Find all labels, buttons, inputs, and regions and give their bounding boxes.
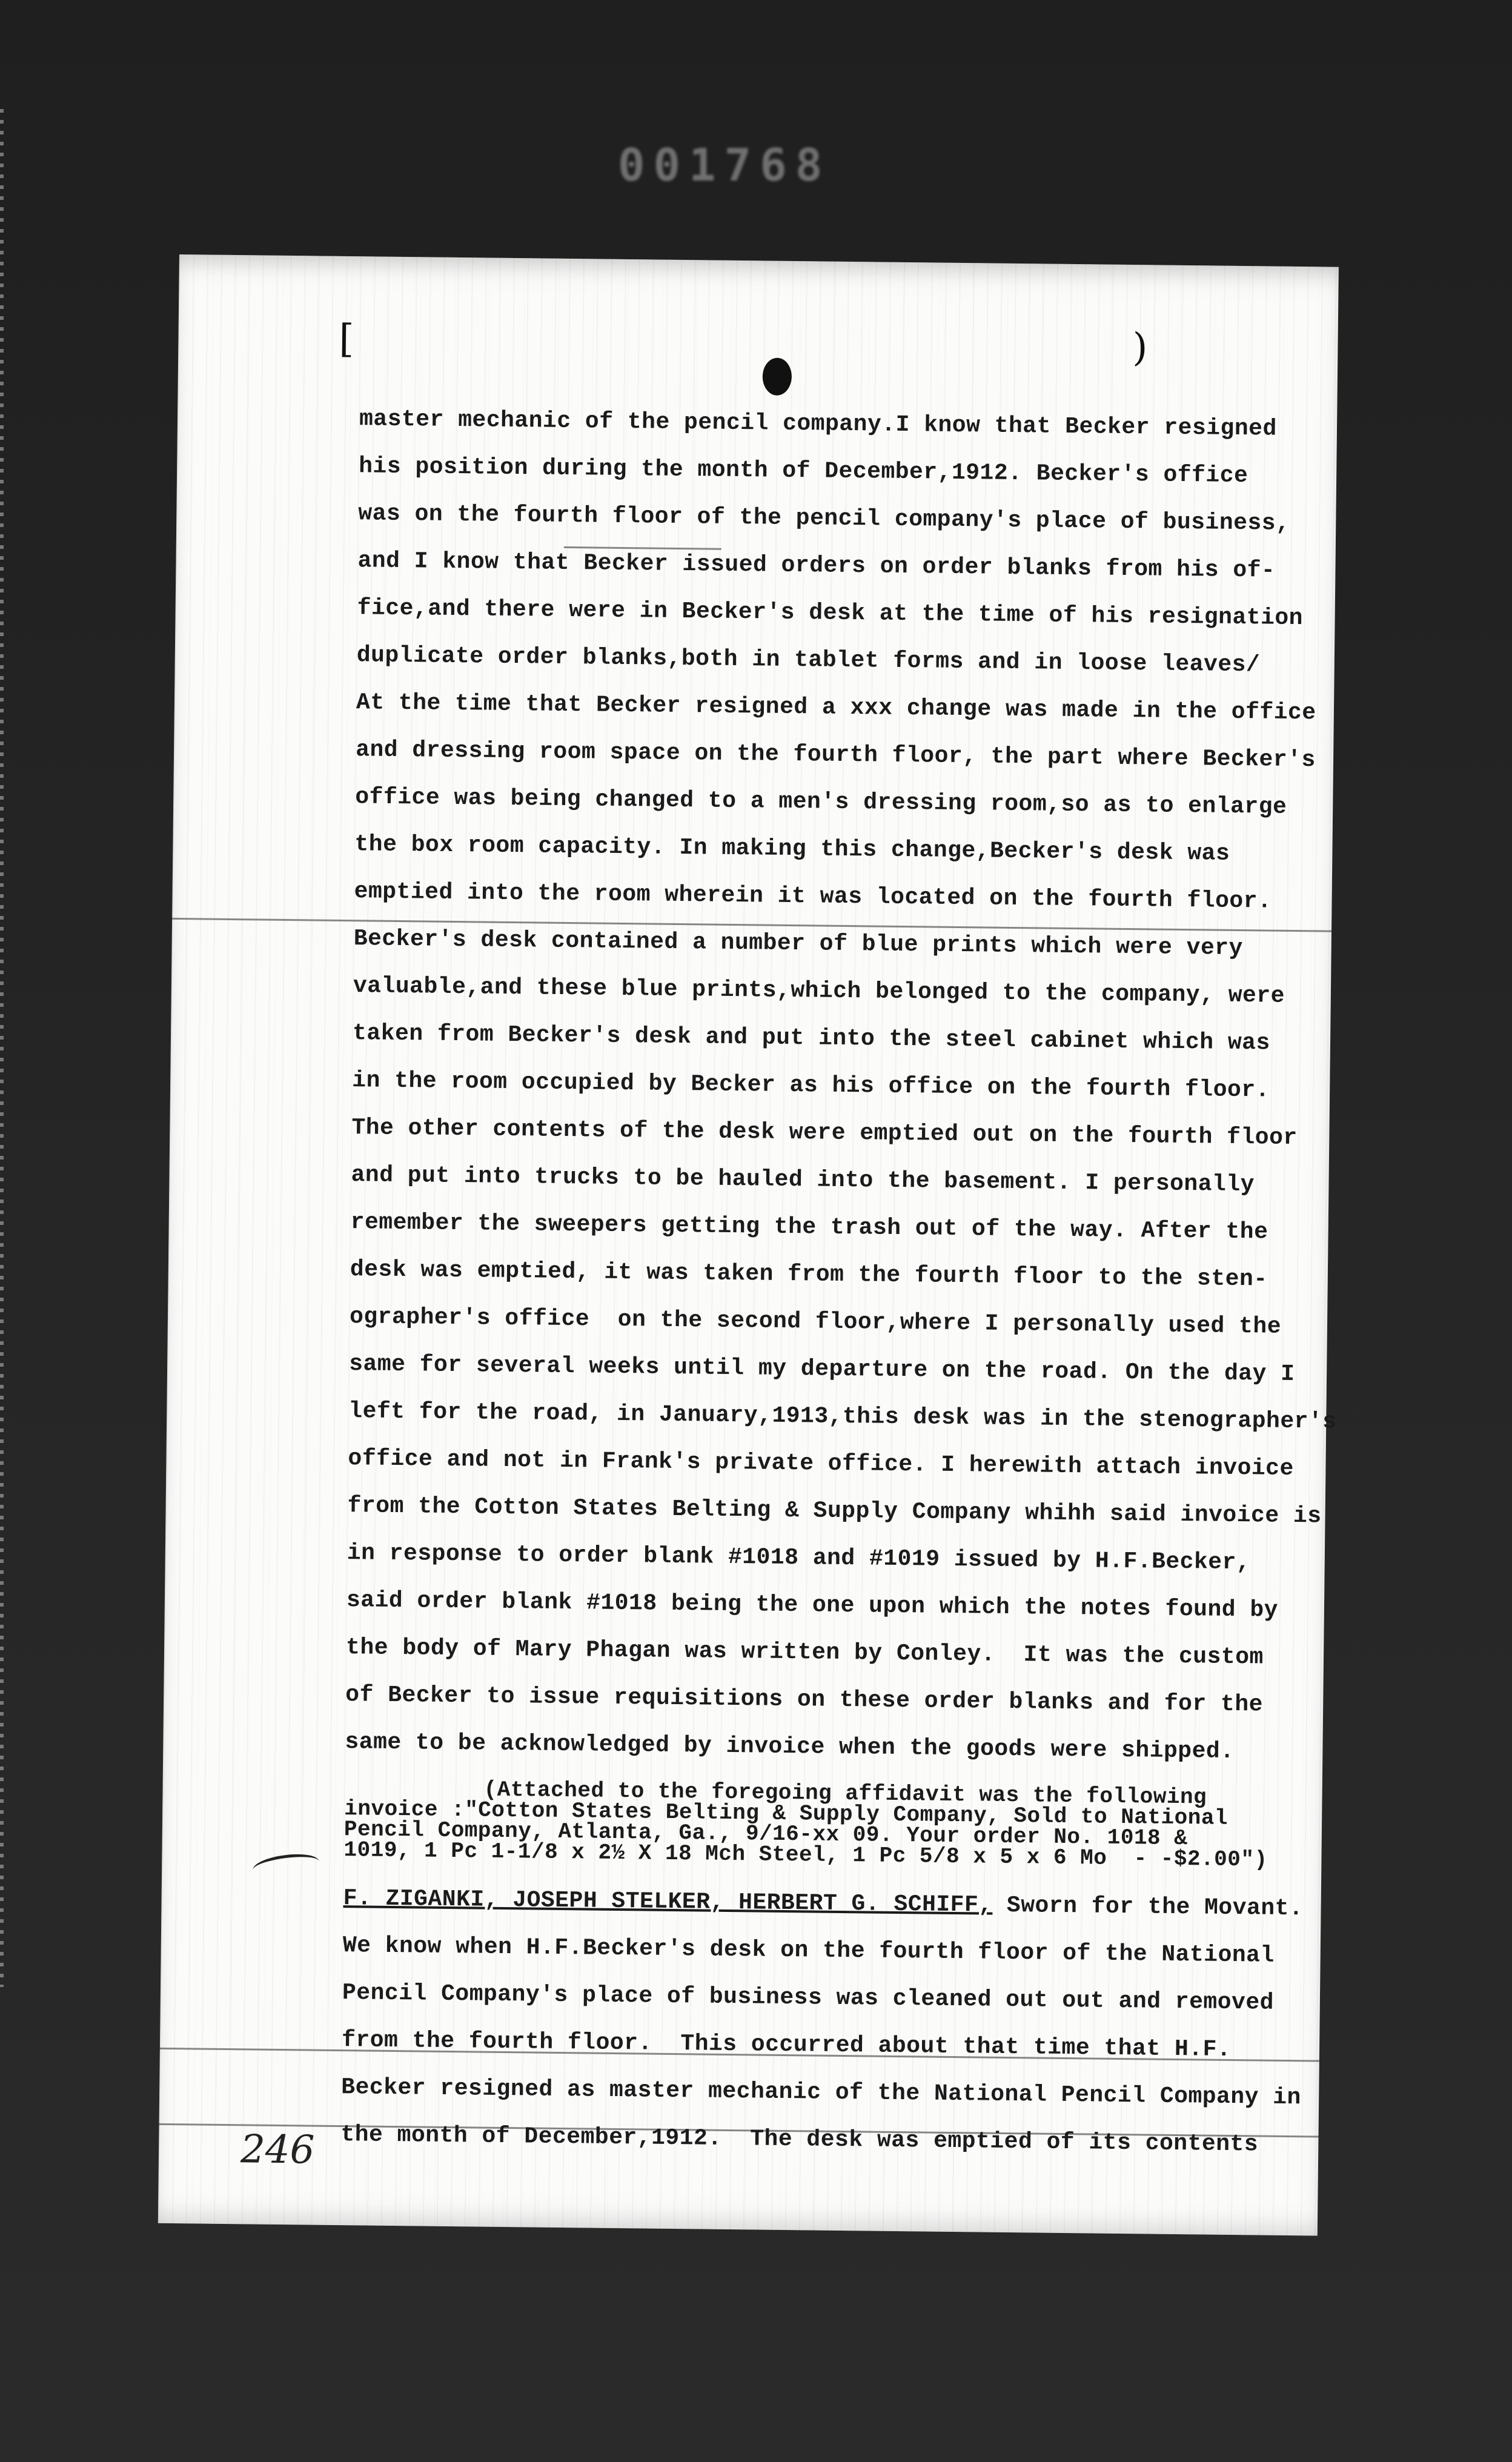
microfilm-frame: 001768 [ ) master mechanic of the pencil…: [0, 0, 1512, 2462]
punch-hole-icon: [763, 357, 792, 396]
page-number: 246: [240, 2127, 315, 2172]
attached-invoice-note: (Attached to the foregoing affidavit was…: [343, 1778, 1289, 1871]
signer-names: F. ZIGANKI, JOSEPH STELKER, HERBERT G. S…: [343, 1885, 992, 1919]
body-line: same to be acknowledged by invoice when …: [345, 1719, 1290, 1776]
closing-line: the month of December,1912. The desk was…: [340, 2111, 1286, 2169]
right-bracket-mark: ): [1132, 325, 1148, 370]
microfilm-frame-number: 001768: [618, 139, 831, 191]
affidavit-body: master mechanic of the pencil company.I …: [340, 396, 1304, 2169]
document-page: [ ) master mechanic of the pencil compan…: [158, 254, 1339, 2236]
film-edge-perforation: [0, 109, 4, 1987]
left-bracket-mark: [: [339, 317, 354, 362]
handwritten-arrow-icon: [251, 1851, 320, 1880]
signer-role: Sworn for the Movant.: [992, 1893, 1303, 1922]
